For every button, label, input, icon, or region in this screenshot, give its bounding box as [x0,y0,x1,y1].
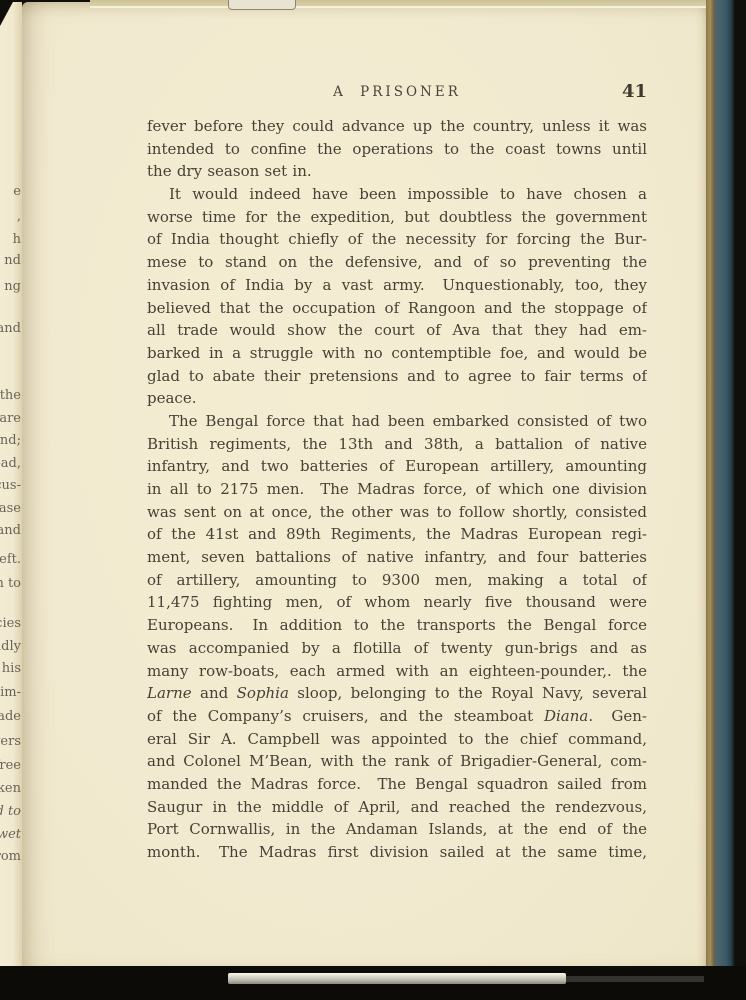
book-cover-edge [706,0,746,1000]
margin-fragment: and; [0,434,21,448]
page-top-edge [90,0,706,6]
text-line: of artillery, amounting to 9300 men, mak… [147,569,647,592]
facing-page-sliver: e,hndngandthey areand;read,accus-disease… [0,2,22,970]
text-line: Port Cornwallis, in the Andaman Islands,… [147,818,647,841]
text-line: Saugur in the middle of April, and reach… [147,796,647,819]
margin-fragment: the [0,389,21,403]
text-line: Larne and Sophia sloop, belonging to the… [147,682,647,705]
text-line: of the 41st and 89th Regiments, the Madr… [147,523,647,546]
text-line: many row-boats, each armed with an eight… [147,660,647,683]
background-corner [0,0,14,26]
margin-fragment: deadly [0,640,21,654]
margin-fragment: s and [0,524,21,538]
margin-fragment: le made [0,710,21,724]
margin-fragment: h [13,233,21,247]
paragraph: The Bengal force that had been embarked … [147,410,647,864]
text-line: British regiments, the 13th and 38th, a … [147,433,647,456]
margin-fragment: accus- [0,479,21,493]
text-line: fever before they could advance up the c… [147,115,647,138]
text-line: and Colonel M’Bean, with the rank of Bri… [147,750,647,773]
text-line: the dry season set in. [147,160,647,183]
margin-fragment: ad him- [0,686,21,700]
margin-fragment: wet [0,828,21,842]
text-line: believed that the occupation of Rangoon … [147,297,647,320]
margin-fragment: phecies [0,617,21,631]
paragraph: It would indeed have been impossible to … [147,183,647,410]
text-line: invasion of India by a vast army. Unques… [147,274,647,297]
book-photo: e,hndngandthey areand;read,accus-disease… [0,0,746,1000]
text-line: ment, seven battalions of native infantr… [147,546,647,569]
text-line: in all to 2175 men. The Madras force, of… [147,478,647,501]
margin-fragment: and [0,322,21,336]
margin-fragment: from [0,850,21,864]
text-line: month. The Madras first division sailed … [147,841,647,864]
text-line: eral Sir A. Campbell was appointed to th… [147,728,647,751]
text-line: manded the Madras force. The Bengal squa… [147,773,647,796]
margin-fragment: ng [4,280,21,294]
text-line: It would indeed have been impossible to … [147,183,647,206]
running-title: A PRISONER [147,84,647,100]
text-line: glad to abate their pretensions and to a… [147,365,647,388]
text-line: worse time for the expedition, but doubt… [147,206,647,229]
margin-fragment: , [17,210,21,224]
margin-fragment: ough to [0,577,21,591]
text-line: was sent on at once, the other was to fo… [147,501,647,524]
margin-fragment: e left. [0,553,21,567]
body-text: fever before they could advance up the c… [147,115,647,864]
text-line: Europeans. In addition to the transports… [147,614,647,637]
text-line: of India thought chiefly of the necessit… [147,228,647,251]
margin-fragment: ed to [0,805,21,819]
text-line: infantry, and two batteries of European … [147,455,647,478]
text-line: all trade would show the court of Ava th… [147,319,647,342]
margin-fragment: disease [0,502,21,516]
text-line: The Bengal force that had been embarked … [147,410,647,433]
text-line: of the Company’s cruisers, and the steam… [147,705,647,728]
text-line: mese to stand on the defensive, and of s… [147,251,647,274]
running-header: A PRISONER 41 [147,84,647,104]
margin-fragment: y rivers [0,735,21,749]
page-bottom-edge-dark [566,976,704,982]
page-stack-tab [228,0,296,10]
margin-fragment: spoken [0,782,21,796]
text-line: intended to confine the operations to th… [147,138,647,161]
text-line: peace. [147,387,647,410]
margin-fragment: nd [4,254,21,268]
margin-fragment: e [13,185,21,199]
text-line: 11,475 fighting men, of whom nearly five… [147,591,647,614]
margin-fragment: e of his [0,662,21,676]
margin-fragment: y are [0,412,21,426]
text-line: barked in a struggle with no contemptibl… [147,342,647,365]
paragraph: fever before they could advance up the c… [147,115,647,183]
text-line: was accompanied by a flotilla of twenty … [147,637,647,660]
page-bottom-edge [228,973,566,984]
book-page: A PRISONER 41 fever before they could ad… [22,2,706,970]
page-number: 41 [622,81,647,102]
margin-fragment: try free [0,759,21,773]
margin-fragment: read, [0,457,21,471]
